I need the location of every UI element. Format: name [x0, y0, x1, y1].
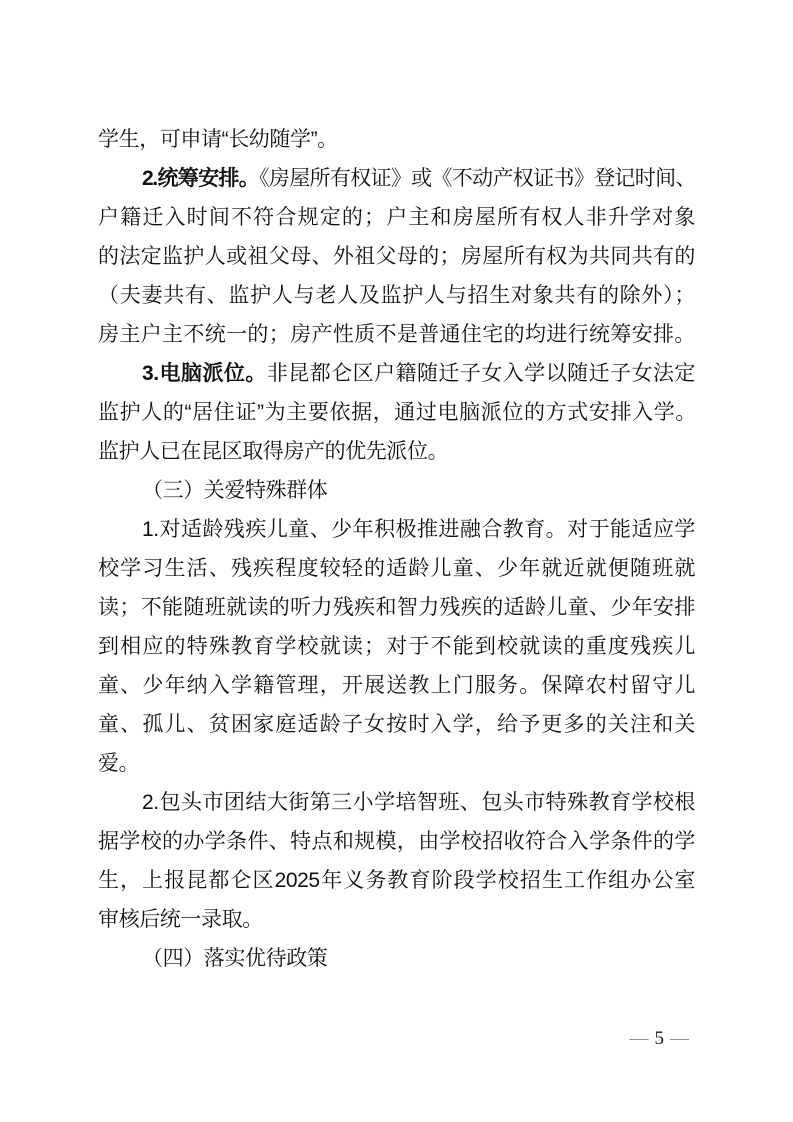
text-line: 户籍迁入时间不符合规定的；户主和房屋所有权人非升学对象 — [98, 198, 695, 237]
text-run: 童、孤儿、贫困家庭适龄子女按时入学，给予更多的关注和关 — [98, 713, 695, 736]
text-run: 的法定监护人或祖父母、外祖父母的；房屋所有权为共同共有的 — [98, 245, 695, 268]
text-run: 监护人已在昆区取得房产的优先派位。 — [98, 440, 448, 463]
text-run: （三）关爱特殊群体 — [142, 479, 327, 502]
text-run: 据学校的办学条件、特点和规模，由学校招收符合入学条件的学 — [98, 830, 695, 853]
text-run: 监护人的“居住证”为主要依据，通过电脑派位的方式安排入学。 — [98, 401, 695, 424]
footer-dash-left: — — [630, 1028, 649, 1049]
text-run: 2.包头市团结大街第三小学培智班、包头市特殊教育学校根 — [142, 791, 695, 814]
text-run: 生，上报昆都仑区2025年义务教育阶段学校招生工作组办公室 — [98, 869, 695, 892]
text-line: 3.电脑派位。非昆都仑区户籍随迁子女入学以随迁子女法定 — [98, 354, 695, 393]
footer-dash-right: — — [670, 1028, 689, 1049]
text-run: （四）落实优待政策 — [142, 947, 327, 970]
text-run: 爱。 — [98, 752, 139, 775]
text-line: 审核后统一录取。 — [98, 900, 695, 939]
text-run: （夫妻共有、监护人与老人及监护人与招生对象共有的除外）； — [98, 284, 695, 307]
text-line: （夫妻共有、监护人与老人及监护人与招生对象共有的除外）； — [98, 276, 695, 315]
text-line: 监护人已在昆区取得房产的优先派位。 — [98, 432, 695, 471]
text-run-bold: 3.电脑派位。 — [142, 362, 267, 385]
text-line: 童、孤儿、贫困家庭适龄子女按时入学，给予更多的关注和关 — [98, 705, 695, 744]
text-line: 2.统筹安排。《房屋所有权证》或《不动产权证书》登记时间、 — [98, 159, 695, 198]
text-line: 监护人的“居住证”为主要依据，通过电脑派位的方式安排入学。 — [98, 393, 695, 432]
text-run: 非昆都仑区户籍随迁子女入学以随迁子女法定 — [267, 362, 695, 385]
text-run: 学生，可申请“长幼随学”。 — [98, 128, 338, 151]
text-run-bold: 2.统筹安排。 — [142, 167, 259, 190]
text-run: 《房屋所有权证》或《不动产权证书》登记时间、 — [259, 167, 695, 190]
text-run: 房主户主不统一的；房产性质不是普通住宅的均进行统筹安排。 — [98, 323, 695, 346]
text-run: 到相应的特殊教育学校就读；对于不能到校就读的重度残疾儿 — [98, 635, 695, 658]
text-run: 读；不能随班就读的听力残疾和智力残疾的适龄儿童、少年安排 — [98, 596, 695, 619]
text-run: 审核后统一录取。 — [98, 908, 263, 931]
text-run: 1.对适龄残疾儿童、少年积极推进融合教育。对于能适应学 — [142, 518, 695, 541]
text-line: 据学校的办学条件、特点和规模，由学校招收符合入学条件的学 — [98, 822, 695, 861]
text-line: （三）关爱特殊群体 — [98, 471, 695, 510]
text-line: 童、少年纳入学籍管理，开展送教上门服务。保障农村留守儿 — [98, 666, 695, 705]
text-line: 到相应的特殊教育学校就读；对于不能到校就读的重度残疾儿 — [98, 627, 695, 666]
text-line: （四）落实优待政策 — [98, 939, 695, 978]
text-line: 学生，可申请“长幼随学”。 — [98, 120, 695, 159]
document-page: { "document": { "lines": [ { "indent": f… — [0, 0, 793, 1122]
page-footer: —5— — [630, 1028, 690, 1050]
page-number: 5 — [655, 1028, 665, 1049]
page-body: 学生，可申请“长幼随学”。2.统筹安排。《房屋所有权证》或《不动产权证书》登记时… — [98, 120, 695, 978]
text-line: 房主户主不统一的；房产性质不是普通住宅的均进行统筹安排。 — [98, 315, 695, 354]
text-line: 读；不能随班就读的听力残疾和智力残疾的适龄儿童、少年安排 — [98, 588, 695, 627]
text-line: 的法定监护人或祖父母、外祖父母的；房屋所有权为共同共有的 — [98, 237, 695, 276]
text-run: 户籍迁入时间不符合规定的；户主和房屋所有权人非升学对象 — [98, 206, 695, 229]
text-line: 爱。 — [98, 744, 695, 783]
text-line: 2.包头市团结大街第三小学培智班、包头市特殊教育学校根 — [98, 783, 695, 822]
text-run: 童、少年纳入学籍管理，开展送教上门服务。保障农村留守儿 — [98, 674, 695, 697]
text-line: 校学习生活、残疾程度较轻的适龄儿童、少年就近就便随班就 — [98, 549, 695, 588]
text-line: 1.对适龄残疾儿童、少年积极推进融合教育。对于能适应学 — [98, 510, 695, 549]
text-run: 校学习生活、残疾程度较轻的适龄儿童、少年就近就便随班就 — [98, 557, 695, 580]
text-line: 生，上报昆都仑区2025年义务教育阶段学校招生工作组办公室 — [98, 861, 695, 900]
